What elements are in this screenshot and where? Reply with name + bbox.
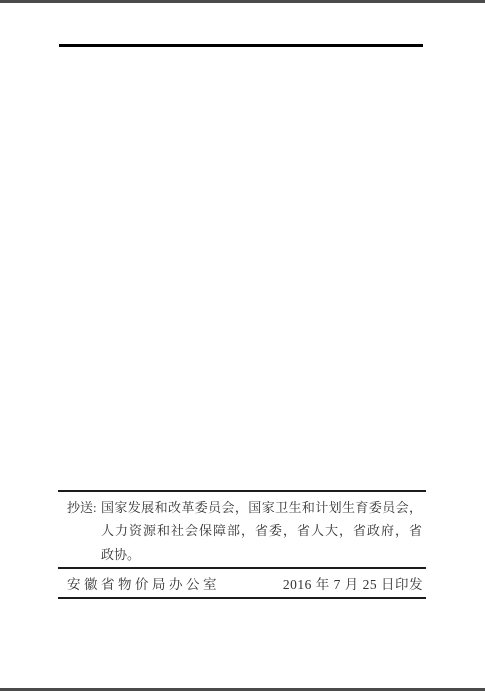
print-date: 2016 年 7 月 25 日印发: [283, 573, 423, 593]
cc-separator-rule-top: [58, 490, 426, 492]
issuer-office-name: 安徽省物价局办公室: [67, 573, 220, 593]
cc-label: 抄送:: [67, 496, 97, 519]
page-top-edge: [0, 0, 485, 3]
cc-line-2: 人力资源和社会保障部，省委，省人大，省政府，省: [101, 519, 422, 542]
cc-line-1: 国家发展和改革委员会，国家卫生和计划生育委员会，: [101, 496, 422, 519]
colophon-separator-rule: [58, 567, 426, 569]
document-page: 抄送: 国家发展和改革委员会，国家卫生和计划生育委员会， 人力资源和社会保障部，…: [0, 0, 485, 691]
colophon-row: 安徽省物价局办公室 2016 年 7 月 25 日印发: [67, 575, 423, 591]
document-header-rule: [59, 44, 423, 47]
colophon-bottom-rule: [58, 597, 426, 599]
cc-line-3: 政协。: [101, 543, 422, 566]
cc-recipient-lines: 国家发展和改革委员会，国家卫生和计划生育委员会， 人力资源和社会保障部，省委，省…: [101, 496, 422, 566]
cc-block: 抄送: 国家发展和改革委员会，国家卫生和计划生育委员会， 人力资源和社会保障部，…: [67, 496, 422, 566]
